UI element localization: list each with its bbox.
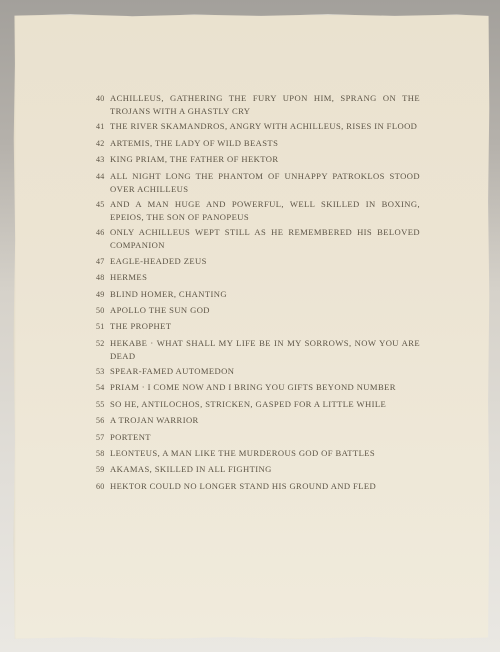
plate-number: 43: [96, 154, 110, 166]
plate-line: 54PRIAM · I COME NOW AND I BRING YOU GIF…: [96, 381, 420, 394]
list-item: 46ONLY ACHILLEUS WEPT STILL AS HE REMEMB…: [96, 226, 420, 251]
list-item: 41THE RIVER SKAMANDROS, ANGRY WITH ACHIL…: [96, 120, 420, 133]
plate-line: 59AKAMAS, SKILLED IN ALL FIGHTING: [96, 463, 420, 476]
plate-line: EPEIOS, THE SON OF PANOPEUS: [96, 211, 420, 223]
paper-sheet: 40ACHILLEUS, GATHERING THE FURY UPON HIM…: [13, 14, 490, 640]
plate-number: 46: [96, 227, 110, 239]
plate-number: 47: [96, 256, 110, 268]
plate-line: COMPANION: [96, 239, 420, 251]
list-item: 49BLIND HOMER, CHANTING: [96, 288, 420, 301]
plate-number: 58: [96, 448, 110, 460]
plate-number: 49: [96, 289, 110, 301]
plate-number: 57: [96, 432, 110, 444]
plate-line: 44ALL NIGHT LONG THE PHANTOM OF UNHAPPY …: [96, 170, 420, 183]
plate-line: 42ARTEMIS, THE LADY OF WILD BEASTS: [96, 137, 420, 150]
plate-line: 58LEONTEUS, A MAN LIKE THE MURDEROUS GOD…: [96, 447, 420, 460]
list-item: 60HEKTOR COULD NO LONGER STAND HIS GROUN…: [96, 480, 420, 493]
plate-number: 45: [96, 199, 110, 211]
plate-line: TROJANS WITH A GHASTLY CRY: [96, 105, 420, 117]
list-item: 59AKAMAS, SKILLED IN ALL FIGHTING: [96, 463, 420, 476]
list-item: 56A TROJAN WARRIOR: [96, 414, 420, 427]
plate-line: 51THE PROPHET: [96, 320, 420, 333]
list-item: 58LEONTEUS, A MAN LIKE THE MURDEROUS GOD…: [96, 447, 420, 460]
plate-line: 47EAGLE-HEADED ZEUS: [96, 255, 420, 268]
plate-line: 50APOLLO THE SUN GOD: [96, 304, 420, 317]
plate-list: 40ACHILLEUS, GATHERING THE FURY UPON HIM…: [96, 92, 420, 496]
plate-line: 56A TROJAN WARRIOR: [96, 414, 420, 427]
plate-number: 48: [96, 272, 110, 284]
plate-number: 50: [96, 305, 110, 317]
plate-line: 55SO HE, ANTILOCHOS, STRICKEN, GASPED FO…: [96, 398, 420, 411]
plate-number: 56: [96, 415, 110, 427]
list-item: 44ALL NIGHT LONG THE PHANTOM OF UNHAPPY …: [96, 170, 420, 195]
plate-number: 52: [96, 338, 110, 350]
plate-number: 44: [96, 171, 110, 183]
list-item: 55SO HE, ANTILOCHOS, STRICKEN, GASPED FO…: [96, 398, 420, 411]
plate-line: 49BLIND HOMER, CHANTING: [96, 288, 420, 301]
plate-number: 53: [96, 366, 110, 378]
plate-line: 53SPEAR-FAMED AUTOMEDON: [96, 365, 420, 378]
list-item: 57PORTENT: [96, 431, 420, 444]
list-item: 43KING PRIAM, THE FATHER OF HEKTOR: [96, 153, 420, 166]
list-item: 45AND A MAN HUGE AND POWERFUL, WELL SKIL…: [96, 198, 420, 223]
list-item: 42ARTEMIS, THE LADY OF WILD BEASTS: [96, 137, 420, 150]
list-item: 50APOLLO THE SUN GOD: [96, 304, 420, 317]
list-item: 51THE PROPHET: [96, 320, 420, 333]
list-item: 52HEKABE · WHAT SHALL MY LIFE BE IN MY S…: [96, 337, 420, 362]
plate-line: 41THE RIVER SKAMANDROS, ANGRY WITH ACHIL…: [96, 120, 420, 133]
plate-number: 60: [96, 481, 110, 493]
list-item: 48HERMES: [96, 271, 420, 284]
list-item: 40ACHILLEUS, GATHERING THE FURY UPON HIM…: [96, 92, 420, 117]
plate-line: 52HEKABE · WHAT SHALL MY LIFE BE IN MY S…: [96, 337, 420, 350]
plate-number: 55: [96, 399, 110, 411]
plate-line: 48HERMES: [96, 271, 420, 284]
plate-number: 40: [96, 93, 110, 105]
plate-line: DEAD: [96, 350, 420, 362]
list-item: 47EAGLE-HEADED ZEUS: [96, 255, 420, 268]
plate-line: 40ACHILLEUS, GATHERING THE FURY UPON HIM…: [96, 92, 420, 105]
plate-line: 57PORTENT: [96, 431, 420, 444]
list-item: 54PRIAM · I COME NOW AND I BRING YOU GIF…: [96, 381, 420, 394]
plate-number: 51: [96, 321, 110, 333]
plate-line: 46ONLY ACHILLEUS WEPT STILL AS HE REMEMB…: [96, 226, 420, 239]
plate-number: 54: [96, 382, 110, 394]
plate-number: 42: [96, 138, 110, 150]
plate-line: 45AND A MAN HUGE AND POWERFUL, WELL SKIL…: [96, 198, 420, 211]
list-item: 53SPEAR-FAMED AUTOMEDON: [96, 365, 420, 378]
plate-number: 41: [96, 121, 110, 133]
plate-line: 43KING PRIAM, THE FATHER OF HEKTOR: [96, 153, 420, 166]
plate-line: OVER ACHILLEUS: [96, 183, 420, 195]
plate-line: 60HEKTOR COULD NO LONGER STAND HIS GROUN…: [96, 480, 420, 493]
photo-background: 40ACHILLEUS, GATHERING THE FURY UPON HIM…: [0, 0, 500, 652]
plate-number: 59: [96, 464, 110, 476]
